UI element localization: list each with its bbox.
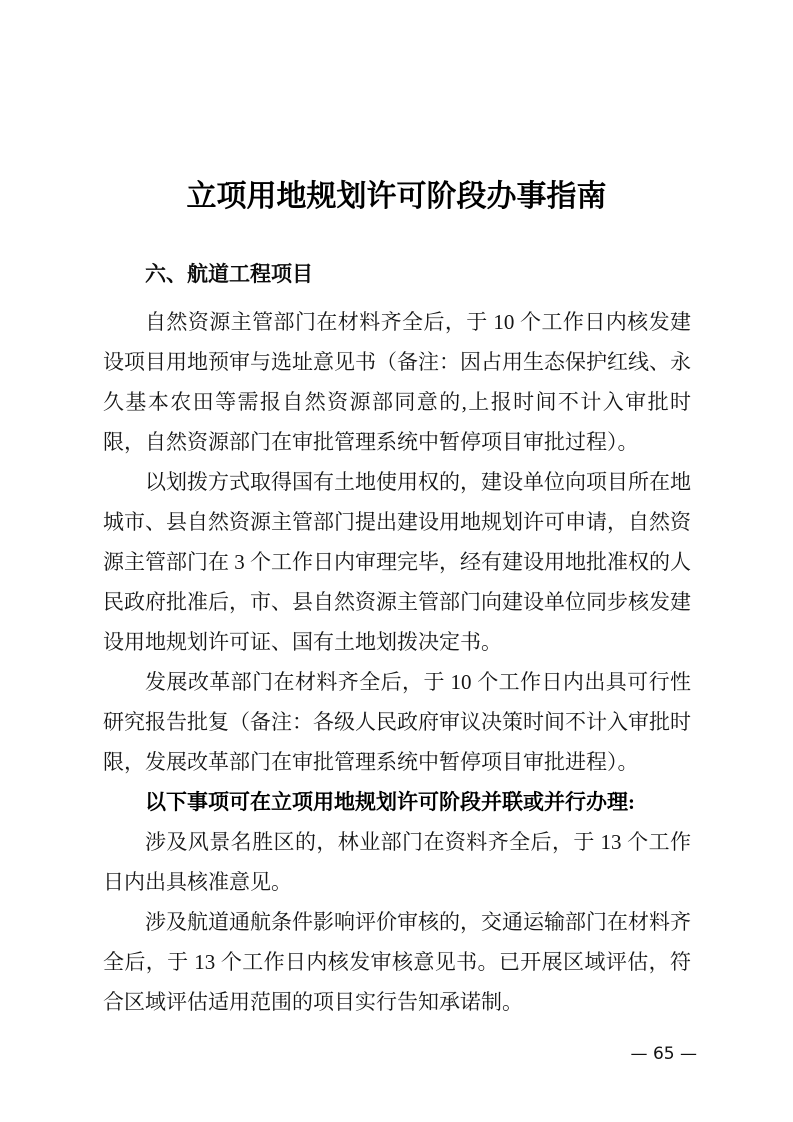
section-heading: 六、航道工程项目 (103, 254, 691, 296)
document-title: 立项用地规划许可阶段办事指南 (0, 178, 793, 216)
document-body: 六、航道工程项目 自然资源主管部门在材料齐全后，于 10 个工作日内核发建设项目… (103, 254, 691, 1022)
doc-paragraph: 自然资源主管部门在材料齐全后，于 10 个工作日内核发建设项目用地预审与选址意见… (103, 302, 691, 462)
document-page: 立项用地规划许可阶段办事指南 六、航道工程项目 自然资源主管部门在材料齐全后，于… (0, 0, 793, 1122)
page-number-footer: — 65 — (631, 1042, 697, 1066)
doc-paragraph: 发展改革部门在材料齐全后，于 10 个工作日内出具可行性研究报告批复（备注：各级… (103, 662, 691, 782)
doc-paragraph: 涉及航道通航条件影响评价审核的，交通运输部门在材料齐全后，于 13 个工作日内核… (103, 902, 691, 1022)
doc-paragraph: 以划拨方式取得国有土地使用权的，建设单位向项目所在地城市、县自然资源主管部门提出… (103, 462, 691, 662)
parallel-processing-heading: 以下事项可在立项用地规划许可阶段并联或并行办理: (103, 782, 691, 822)
doc-paragraph: 涉及风景名胜区的，林业部门在资料齐全后，于 13 个工作日内出具核准意见。 (103, 822, 691, 902)
